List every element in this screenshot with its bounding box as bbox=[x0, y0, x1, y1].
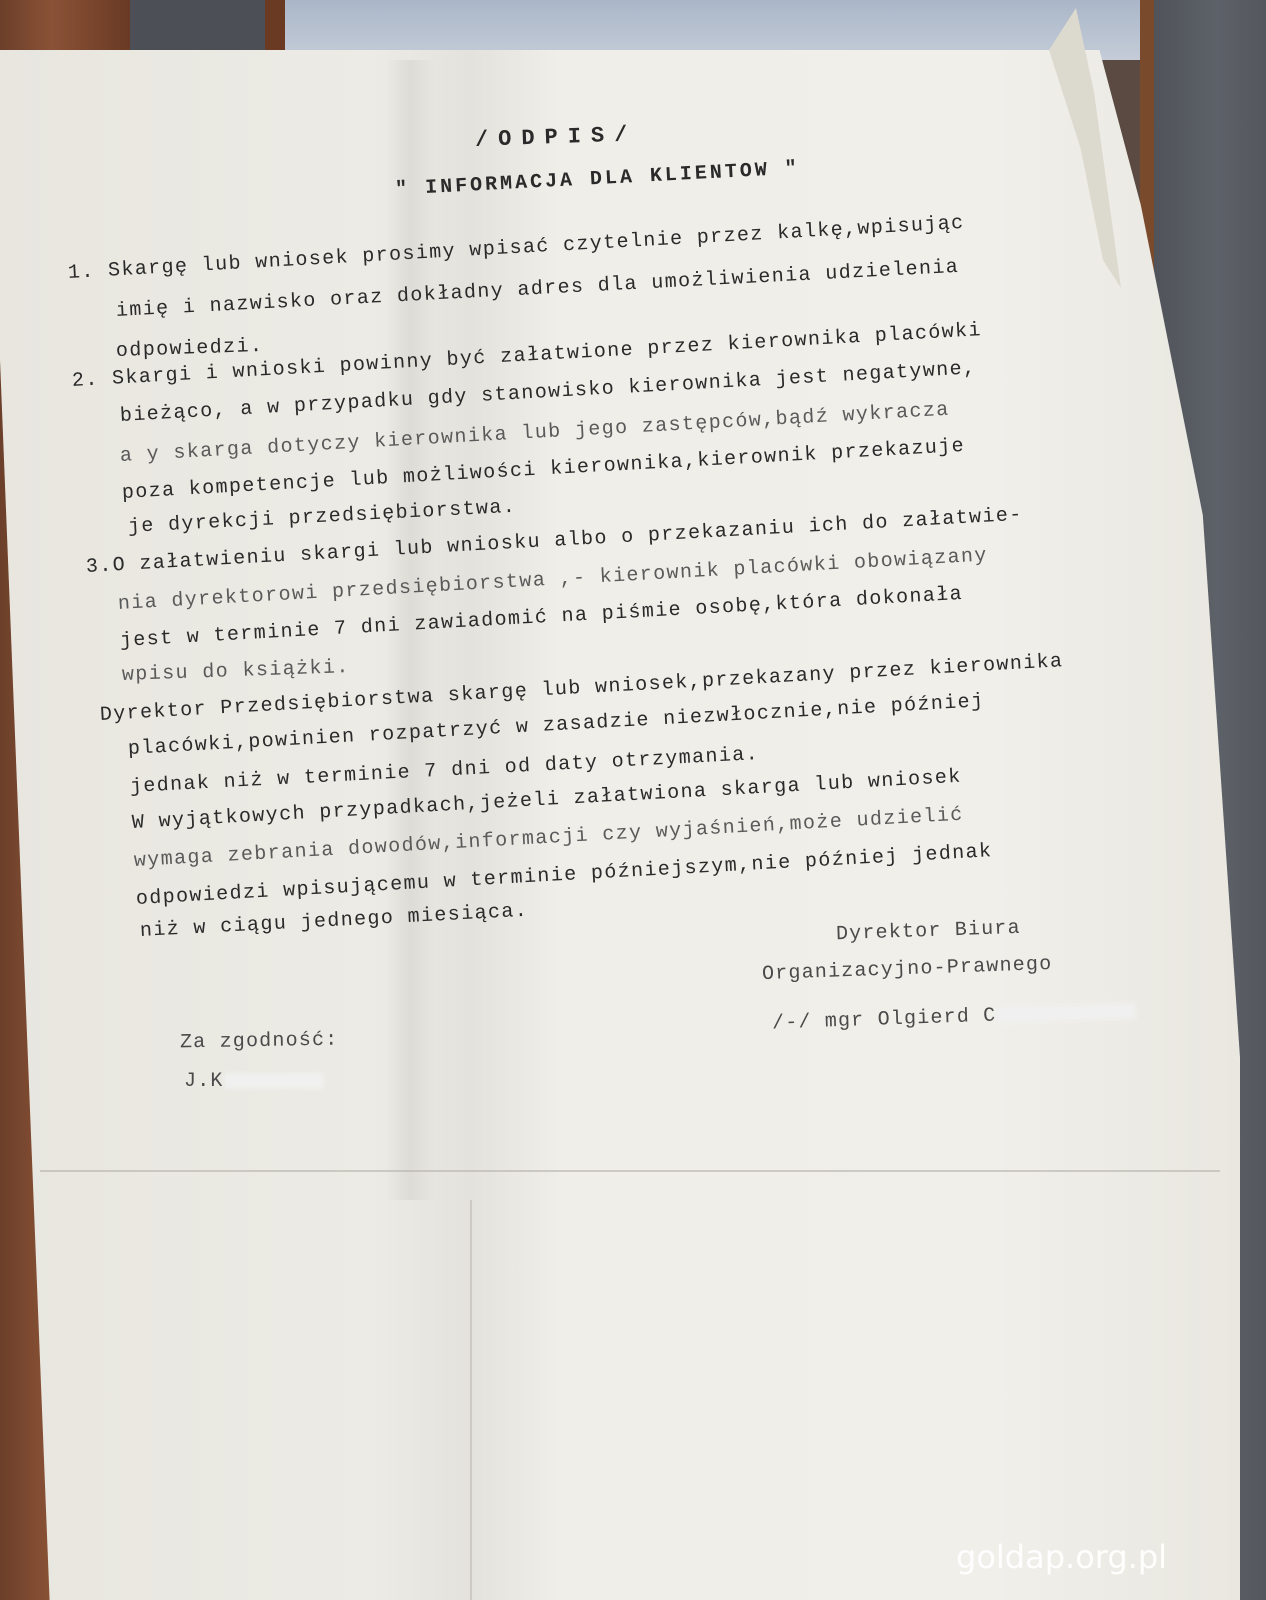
redaction-blur bbox=[224, 1073, 324, 1089]
paragraph-2-line-5: je dyrekcji przedsiębiorstwa. bbox=[127, 496, 516, 539]
document-title: " INFORMACJA DLA KLIENTOW " bbox=[395, 157, 801, 201]
signature-name-text: /-/ mgr Olgierd C bbox=[772, 1005, 997, 1036]
certification-name: J.K bbox=[184, 1070, 324, 1093]
signature-title-line-1: Dyrektor Biura bbox=[836, 917, 1022, 946]
certification-name-text: J.K bbox=[184, 1070, 224, 1093]
redaction-blur bbox=[996, 1002, 1136, 1023]
paragraph-1-line-3: odpowiedzi. bbox=[116, 335, 264, 363]
typewritten-document: /ODPIS/ " INFORMACJA DLA KLIENTOW " 1. S… bbox=[0, 0, 1266, 1600]
signature-title-line-2: Organizacyjno-Prawnego bbox=[762, 953, 1053, 986]
signature-name: /-/ mgr Olgierd C bbox=[772, 1000, 1137, 1036]
certification-label: Za zgodność: bbox=[180, 1029, 339, 1055]
watermark: goldap.org.pl bbox=[956, 1538, 1167, 1576]
document-header: /ODPIS/ bbox=[475, 122, 638, 153]
paragraph-3-line-4: wpisu do książki. bbox=[122, 656, 351, 687]
